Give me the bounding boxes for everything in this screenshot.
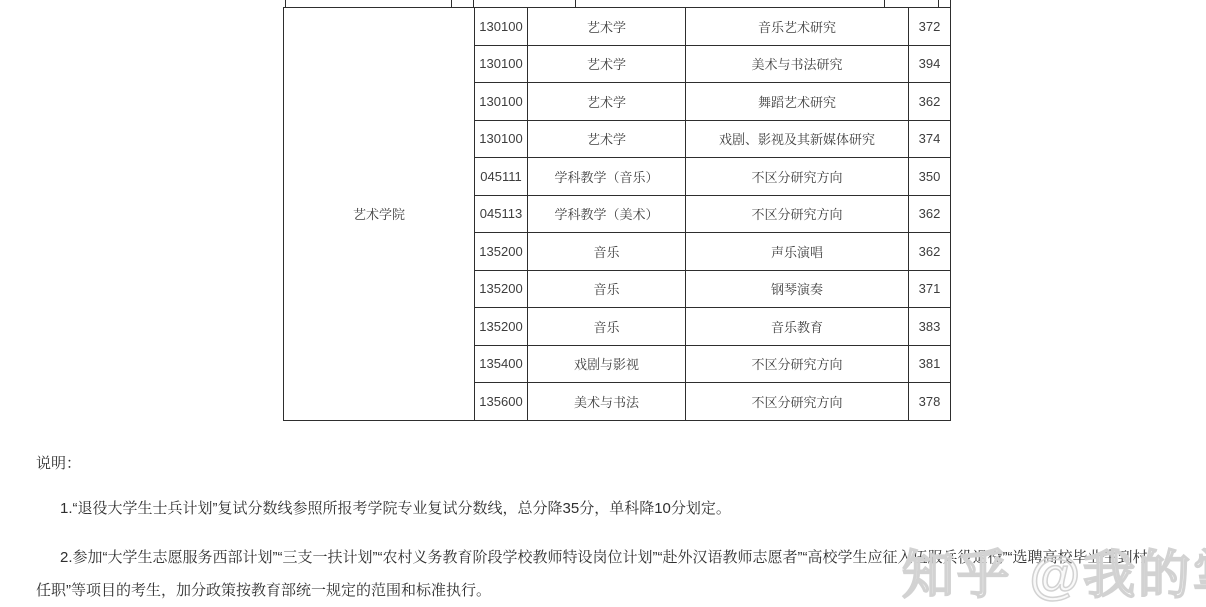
cell-major: 音乐 bbox=[528, 270, 686, 308]
cell-code: 135200 bbox=[475, 233, 528, 271]
cell-major: 艺术学 bbox=[528, 45, 686, 83]
cell-score: 371 bbox=[909, 270, 951, 308]
cell-major: 艺术学 bbox=[528, 120, 686, 158]
cell-major: 学科教学（美术） bbox=[528, 195, 686, 233]
cell-score: 378 bbox=[909, 383, 951, 421]
cell-major: 音乐 bbox=[528, 233, 686, 271]
cell-score: 350 bbox=[909, 158, 951, 196]
cell-direction: 不区分研究方向 bbox=[686, 195, 909, 233]
cell-major: 学科教学（音乐） bbox=[528, 158, 686, 196]
cell-college: 艺术学院 bbox=[284, 8, 475, 421]
cell-code: 130100 bbox=[475, 120, 528, 158]
cell-code: 130100 bbox=[475, 8, 528, 46]
cell-major: 音乐 bbox=[528, 308, 686, 346]
cell-score: 383 bbox=[909, 308, 951, 346]
cell-code: 130100 bbox=[475, 83, 528, 121]
cell-direction: 美术与书法研究 bbox=[686, 45, 909, 83]
cell-code: 130100 bbox=[475, 45, 528, 83]
note-item-2: 2.参加“大学生志愿服务西部计划”“三支一扶计划”“农村义务教育阶段学校教师特设… bbox=[36, 541, 1154, 607]
cell-score: 381 bbox=[909, 345, 951, 383]
document-page: { "page": { "background": "#ffffff", "bo… bbox=[0, 0, 1206, 607]
notes-heading: 说明： bbox=[36, 452, 81, 473]
grid-line bbox=[451, 0, 452, 7]
table-row: 艺术学院 130100 艺术学 音乐艺术研究 372 bbox=[284, 8, 951, 46]
cell-code: 135600 bbox=[475, 383, 528, 421]
cell-direction: 不区分研究方向 bbox=[686, 158, 909, 196]
cell-major: 戏剧与影视 bbox=[528, 345, 686, 383]
cell-score: 362 bbox=[909, 233, 951, 271]
cell-direction: 舞蹈艺术研究 bbox=[686, 83, 909, 121]
scores-table: 艺术学院 130100 艺术学 音乐艺术研究 372 130100 艺术学 美术… bbox=[283, 7, 951, 421]
cell-score: 372 bbox=[909, 8, 951, 46]
cell-score: 362 bbox=[909, 195, 951, 233]
grid-line bbox=[575, 0, 576, 7]
cell-direction: 音乐教育 bbox=[686, 308, 909, 346]
grid-line bbox=[473, 0, 474, 7]
cell-score: 374 bbox=[909, 120, 951, 158]
cell-code: 045111 bbox=[475, 158, 528, 196]
note-item-1: 1.“退役大学生士兵计划”复试分数线参照所报考学院专业复试分数线，总分降35分，… bbox=[36, 499, 1156, 519]
grid-line bbox=[884, 0, 885, 7]
cell-code: 135200 bbox=[475, 270, 528, 308]
cell-code: 045113 bbox=[475, 195, 528, 233]
grid-line bbox=[938, 0, 939, 7]
cell-code: 135400 bbox=[475, 345, 528, 383]
cell-score: 394 bbox=[909, 45, 951, 83]
cell-major: 艺术学 bbox=[528, 83, 686, 121]
cell-direction: 不区分研究方向 bbox=[686, 345, 909, 383]
cell-direction: 声乐演唱 bbox=[686, 233, 909, 271]
cell-direction: 钢琴演奏 bbox=[686, 270, 909, 308]
table-row-partial bbox=[285, 0, 951, 7]
cell-direction: 不区分研究方向 bbox=[686, 383, 909, 421]
cell-direction: 戏剧、影视及其新媒体研究 bbox=[686, 120, 909, 158]
cell-major: 美术与书法 bbox=[528, 383, 686, 421]
cell-score: 362 bbox=[909, 83, 951, 121]
cell-major: 艺术学 bbox=[528, 8, 686, 46]
cell-direction: 音乐艺术研究 bbox=[686, 8, 909, 46]
cell-code: 135200 bbox=[475, 308, 528, 346]
